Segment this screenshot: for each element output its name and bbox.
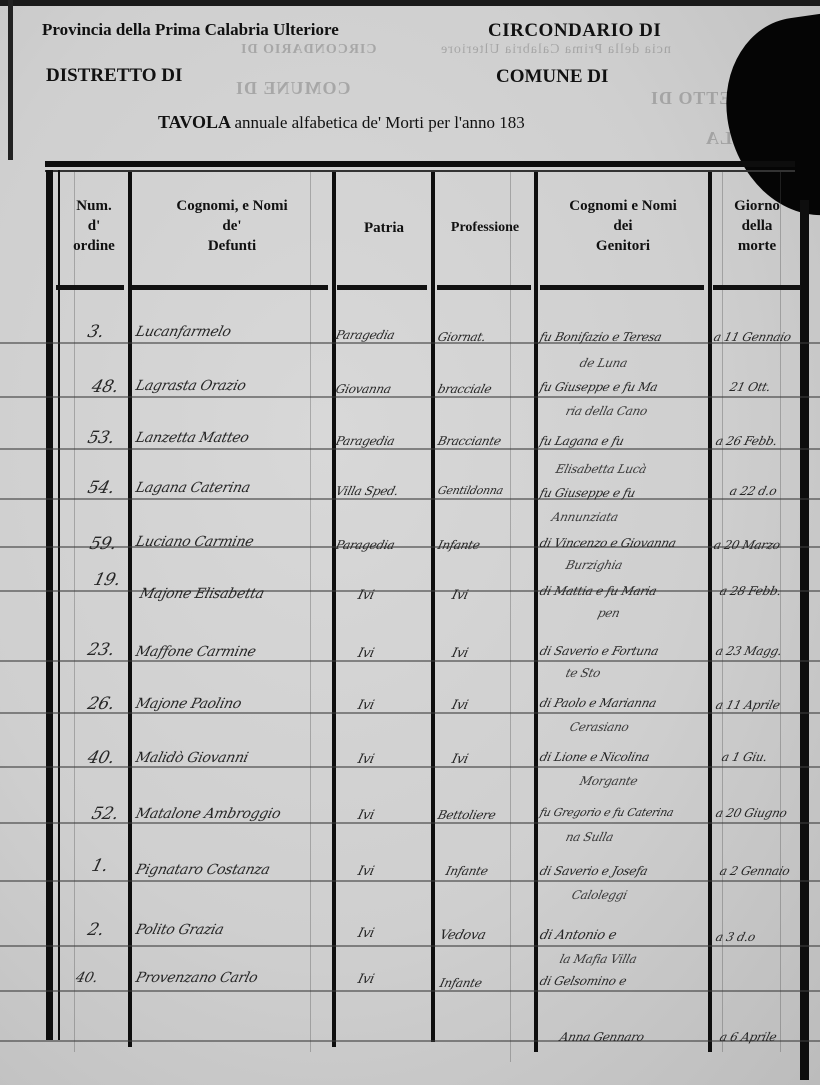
entry-profession: Bracciante [436,434,502,448]
entry-profession: Ivi [450,646,469,661]
column-header-patria: Patria [336,218,432,238]
register-title-bold: TAVOLA [158,112,230,132]
row-rule [0,880,820,882]
entry-parents: di Paolo e Marianna [538,696,658,710]
header-line: d' [60,216,128,236]
entry-number: 52. [90,804,121,824]
entry-number: 48. [90,377,121,397]
column-header-giorno: Giorno della morte [712,196,802,256]
entry-profession: Gentildonna [436,484,504,497]
entry-profession: Infante [444,864,489,878]
entry-parents-cont: Annunziata [550,510,619,524]
row-rule [0,766,820,768]
bleed-through-text: COMUNE DI [235,78,351,99]
entry-deceased-name: Malidò Giovanni [134,750,250,766]
header-line: ordine [60,236,128,256]
row-rule [0,712,820,714]
faint-guide-line [74,172,75,1052]
entry-deceased-name: Maffone Carmine [134,644,258,660]
entry-profession: Giornat. [436,330,487,344]
header-line: Genitori [538,236,708,256]
row-rule [0,1040,820,1042]
entry-patria: Paragedia [334,434,396,448]
entry-profession: Infante [438,976,483,990]
entry-deceased-name: Polito Grazia [134,922,225,938]
bleed-through-text: CIRCONDARIO DI [240,42,377,58]
header-line: dei [538,216,708,236]
entry-patria: Ivi [356,926,375,941]
header-line: morte [712,236,802,256]
column-header-name: Cognomi, e Nomi de' Defunti [134,196,330,256]
entry-profession: Bettoliere [436,808,497,822]
entry-death-date: a 6 Aprile [718,1030,778,1044]
entry-parents-cont: Cerasiano [568,720,630,734]
column-border [332,172,336,1047]
scan-top-edge [0,0,820,6]
entry-number: 2. [86,920,107,940]
entry-deceased-name: Matalone Ambroggio [134,806,282,822]
entry-profession: Ivi [450,752,469,767]
header-line: Patria [336,218,432,238]
comune-heading: COMUNE DI [496,66,608,88]
entry-parents-cont: na Sulla [564,830,615,844]
table-top-rule-thin [45,170,795,172]
distretto-heading: DISTRETTO DI [46,65,182,87]
header-line: Defunti [134,236,330,256]
entry-number: 40. [86,748,117,768]
column-border [58,170,60,1040]
register-page: CIRCONDARIO DI COMUNE DI ncia della Prim… [0,0,820,1085]
entry-deceased-name: Pignataro Costanza [134,862,271,878]
entry-parents: fu Bonifazio e Teresa [538,330,663,344]
column-header-genitori: Cognomi e Nomi dei Genitori [538,196,708,256]
entry-number: 3. [86,322,107,342]
header-separator [713,285,801,290]
entry-death-date: a 26 Febb. [714,434,779,448]
entry-deceased-name: Lanzetta Matteo [134,430,251,446]
entry-death-date: a 11 Aprile [714,698,781,712]
entry-deceased-name: Provenzano Carlo [134,970,259,986]
faint-guide-line [780,172,781,1052]
row-rule [0,660,820,662]
scan-left-edge [8,0,13,160]
entry-patria: Ivi [356,698,375,713]
entry-parents-cont: ria della Cano [564,404,649,418]
entry-parents: di Antonio e [538,928,618,943]
header-line: Num. [60,196,128,216]
header-separator [132,285,328,290]
row-rule [0,498,820,500]
entry-death-date: a 28 Febb. [718,584,783,598]
table-top-rule [45,161,795,167]
entry-parents-cont: Burzighia [564,558,624,572]
entry-parents-cont: Anna Gennaro [558,1030,645,1044]
column-border [46,170,53,1040]
entry-parents-cont: te Sto [564,666,602,680]
header-line: Giorno [712,196,802,216]
entry-parents: fu Lagana e fu [538,434,625,448]
row-rule [0,448,820,450]
entry-death-date: a 22 d.o [728,484,778,498]
header-separator [56,285,124,290]
entry-number: 1. [90,856,111,876]
entry-death-date: 21 Ott. [728,380,772,394]
entry-profession: Vedova [438,928,487,943]
entry-deceased-name: Majone Elisabetta [138,586,266,602]
row-rule [0,342,820,344]
register-title-rest: annuale alfabetica de' Morti per l'anno … [235,113,525,132]
entry-number: 40. [74,970,99,986]
entry-patria: Ivi [356,752,375,767]
entry-parents: di Lione e Nicolina [538,750,651,764]
entry-parents-cont: pen [596,606,621,620]
entry-death-date: a 1 Giu. [720,750,768,764]
entry-parents: fu Giuseppe e fu [538,486,636,500]
row-rule [0,396,820,398]
circondario-heading: CIRCONDARIO DI [488,20,661,42]
column-border [128,172,132,1047]
entry-deceased-name: Lucanfarmelo [134,324,233,340]
entry-death-date: a 20 Giugno [714,806,788,820]
entry-death-date: a 2 Gennaio [718,864,791,878]
entry-death-date: a 3 d.o [714,930,757,944]
entry-deceased-name: Luciano Carmine [134,534,255,550]
dark-stain [715,9,820,227]
entry-profession: bracciale [436,382,493,396]
column-border [800,200,809,1080]
entry-profession: Infante [436,538,481,552]
entry-parents: di Mattia e fu Maria [538,584,658,598]
row-rule [0,546,820,548]
entry-parents-cont: Caloleggi [570,888,628,902]
row-rule [0,990,820,992]
entry-parents: di Saverio e Josefa [538,864,649,878]
entry-number: 53. [86,428,117,448]
entry-parents-cont: Morgante [578,774,639,788]
header-line: Cognomi e Nomi [538,196,708,216]
header-line: della [712,216,802,236]
entry-parents: di Saverio e Fortuna [538,644,660,658]
header-separator [540,285,704,290]
entry-parents-above: Elisabetta Lucà [554,462,648,476]
entry-parents: di Gelsomino e [538,974,628,988]
header-separator [337,285,427,290]
entry-patria: Ivi [356,808,375,823]
row-rule [0,822,820,824]
entry-patria: Ivi [356,864,375,879]
entry-patria: Paragedia [334,328,396,342]
entry-parents: fu Gregorio e fu Caterina [538,806,674,819]
header-separator [437,285,531,290]
entry-parents: fu Giuseppe e fu Ma [538,380,659,394]
row-rule [0,590,820,592]
entry-parents-cont: la Mafia Villa [558,952,638,966]
column-border [534,172,538,1052]
register-title: TAVOLA annuale alfabetica de' Morti per … [158,112,525,133]
entry-profession: Ivi [450,588,469,603]
entry-profession: Ivi [450,698,469,713]
entry-patria: Paragedia [334,538,396,552]
header-line: Cognomi, e Nomi [134,196,330,216]
header-line: Professione [435,218,535,238]
entry-number: 26. [86,694,117,714]
entry-patria: Ivi [356,972,375,987]
column-header-num: Num. d' ordine [60,196,128,256]
entry-patria: Ivi [356,646,375,661]
entry-patria: Villa Sped. [334,484,400,498]
entry-number: 23. [86,640,117,660]
entry-patria: Ivi [356,588,375,603]
province-heading: Provincia della Prima Calabria Ulteriore [42,20,339,40]
entry-number: 54. [86,478,117,498]
column-header-professione: Professione [435,218,535,238]
column-border [431,172,435,1042]
entry-number: 59. [88,534,119,554]
entry-number: 19. [92,570,123,590]
entry-deceased-name: Lagrasta Orazio [134,378,248,394]
entry-death-date: a 11 Gennaio [712,330,792,344]
header-line: de' [134,216,330,236]
entry-death-date: a 20 Marzo [712,538,781,552]
faint-guide-line [722,172,723,1052]
entry-death-date: a 23 Magg. [714,644,783,658]
entry-deceased-name: Lagana Caterina [134,480,252,496]
entry-deceased-name: Majone Paolino [134,696,243,712]
bleed-through-text: ncia della Prima Calabria Ulteriore [440,42,671,58]
faint-guide-line [310,172,311,1052]
entry-parents-cont: de Luna [578,356,629,370]
entry-parents: di Vincenzo e Giovanna [538,536,677,550]
column-border [708,172,712,1052]
entry-patria: Giovanna [334,382,392,396]
faint-guide-line [510,172,511,1062]
row-rule [0,945,820,947]
